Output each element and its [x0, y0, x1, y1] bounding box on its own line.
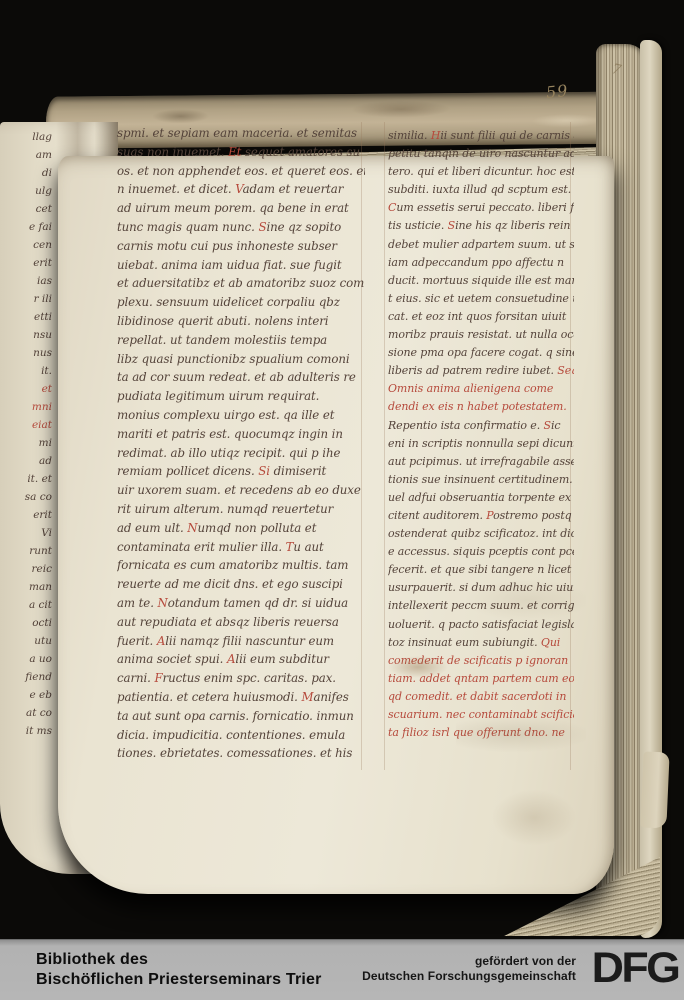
- ink-text: fuerit.: [117, 634, 157, 648]
- rubric-text: Seqt.: [557, 364, 574, 377]
- manuscript-line: usurpauerit. si dum adhuc hic uiuit: [388, 579, 574, 597]
- rubric-text: N: [158, 596, 168, 610]
- ink-text: am te.: [117, 596, 158, 610]
- rubric-text: scuarium. nec contaminabt scificia: [388, 708, 574, 721]
- ink-text: tiones. ebrietates. comessationes. et hi…: [117, 746, 352, 760]
- manuscript-line: ducit. mortuus siquide ille est mari: [388, 272, 574, 290]
- ink-text: umqd non polluta et: [198, 521, 317, 535]
- rubric-text: dendi ex eis n habet potestatem.: [388, 400, 567, 413]
- ink-text: uoluerit. q pacto satisfaciat legisla: [388, 618, 574, 631]
- manuscript-line: scuarium. nec contaminabt scificia: [388, 706, 574, 724]
- manuscript-line: ta filioz isrl que offerunt dno. ne: [388, 724, 574, 742]
- manuscript-line: carnis motu cui pus inhoneste subser: [117, 237, 365, 256]
- ink-text: liberis ad patrem redire iubet.: [388, 364, 557, 377]
- ink-text: contaminata erit mulier illa.: [117, 540, 286, 554]
- manuscript-line: ta ad cor suum redeat. et ab adulteris r…: [117, 368, 365, 387]
- edge-fragment: etti: [2, 308, 52, 326]
- manuscript-line: repellat. ut tandem molestiis tempa: [117, 331, 365, 350]
- ink-text: iam adpeccandum ppo affectu n: [388, 256, 564, 269]
- ink-text: mariti et patris est. quocumqz ingin in: [117, 427, 343, 441]
- manuscript-line: tionis sue insinuent certitudinem.: [388, 471, 574, 489]
- ink-text: u aut: [293, 540, 323, 554]
- ink-text: dimiserit: [270, 464, 326, 478]
- ink-text: ine his qz liberis rein: [455, 219, 570, 232]
- manuscript-line: liberis ad patrem redire iubet. Seqt.: [388, 362, 574, 380]
- ink-text: reuerte ad me dicit dns. et ego suscipi: [117, 577, 343, 591]
- library-name: Bibliothek des Bischöflichen Priestersem…: [36, 950, 322, 989]
- edge-fragment: eiat: [2, 416, 52, 434]
- ink-text: patientia. et cetera huiusmodi.: [117, 690, 301, 704]
- edge-fragment: it. et: [2, 470, 52, 488]
- manuscript-line: aut repudiata et absqz liberis reuersa: [117, 613, 365, 632]
- manuscript-line: mariti et patris est. quocumqz ingin in: [117, 425, 365, 444]
- protruding-page-tab: [640, 751, 669, 828]
- manuscript-line: Repentio ista confirmatio e. Sic: [388, 417, 574, 435]
- ink-text: carnis motu cui pus inhoneste subser: [117, 239, 337, 253]
- edge-fragment: di: [2, 164, 52, 182]
- ink-text: anifes: [313, 690, 348, 704]
- manuscript-line: ad eum ult. Numqd non polluta et: [117, 519, 365, 538]
- edge-fragment: am: [2, 146, 52, 164]
- library-name-line1: Bibliothek des: [36, 950, 322, 970]
- manuscript-line: Cum essetis serui peccato. liberi fuis: [388, 199, 574, 217]
- manuscript-line: n inuemet. et dicet. Vadam et reuertar: [117, 180, 365, 199]
- manuscript-line: sione pma opa facere cogat. q sine: [388, 344, 574, 362]
- rubric-text: Si: [258, 464, 270, 478]
- manuscript-line: et aduersitatibz et ab amatoribz suoz co…: [117, 274, 365, 293]
- edge-fragment: ad: [2, 452, 52, 470]
- manuscript-line: tis usticie. Sine his qz liberis rein: [388, 217, 574, 235]
- ink-text: ad uirum meum porem. qa bene in erat: [117, 201, 349, 215]
- manuscript-line: uir uxorem suam. et recedens ab eo duxe: [117, 481, 365, 500]
- edge-fragment: cen: [2, 236, 52, 254]
- folio-number: 59: [545, 81, 569, 102]
- ink-text: n inuemet. et dicet.: [117, 182, 235, 196]
- ink-text: intellexerit peccm suum. et corrigere: [388, 599, 574, 612]
- manuscript-line: tero. qui et liberi dicuntur. hoc est no…: [388, 163, 574, 181]
- ink-text: tero. qui et liberi dicuntur. hoc est no…: [388, 165, 574, 178]
- rubric-text: A: [157, 634, 165, 648]
- rubric-text: V: [235, 182, 242, 196]
- column-ruling-line: [384, 122, 385, 770]
- rubric-text: Omnis anima alienigena come: [388, 382, 553, 395]
- edge-fragment: erit: [2, 506, 52, 524]
- edge-fragment: man: [2, 578, 52, 596]
- ink-text: suas non inuemet.: [117, 145, 228, 159]
- ink-text: adam et reuertar: [243, 182, 344, 196]
- manuscript-line: fuerit. Alii namqz filii nascuntur eum: [117, 632, 365, 651]
- ink-text: carni.: [117, 671, 154, 685]
- manuscript-line: petitu tanqin de uiro nascuntur adul: [388, 145, 574, 163]
- manuscript-line: ostenderat quibz scificatoz. int dicta: [388, 525, 574, 543]
- ink-text: lii eum subditur: [235, 652, 329, 666]
- ink-text: libidinose querit abuti. nolens interi: [117, 314, 328, 328]
- ink-text: remiam pollicet dicens.: [117, 464, 258, 478]
- ink-text: aut pcipimus. ut irrefragabile asser: [388, 455, 574, 468]
- ink-text: fornicata es cum amatoribz multis. tam: [117, 558, 348, 572]
- ink-text: eni in scriptis nonnulla sepi dicunt: [388, 437, 574, 450]
- edge-fragment: nsu: [2, 326, 52, 344]
- rubric-text: Qui: [541, 636, 560, 649]
- ink-text: sequet amatores su: [241, 145, 360, 159]
- ink-text: lii namqz filii nascuntur eum: [165, 634, 334, 648]
- ink-text: usurpauerit. si dum adhuc hic uiuit: [388, 581, 574, 594]
- edge-fragment: nus: [2, 344, 52, 362]
- funding-credit-line1: gefördert von der: [362, 954, 576, 969]
- footer-banner: Bibliothek des Bischöflichen Priestersem…: [0, 939, 684, 1000]
- ink-text: otandum tamen qd dr. si uidua: [168, 596, 348, 610]
- ink-text: ad eum ult.: [117, 521, 187, 535]
- ink-text: Repentio ista confirmatio e.: [388, 419, 544, 432]
- ink-text: ii sunt filii qui de carnis ap: [440, 129, 574, 142]
- manuscript-line: e accessus. siquis pceptis cont pceptu: [388, 543, 574, 561]
- ink-text: aut repudiata et absqz liberis reuersa: [117, 615, 339, 629]
- edge-fragment: it.: [2, 362, 52, 380]
- edge-fragment: Vi: [2, 524, 52, 542]
- edge-fragment: erit: [2, 254, 52, 272]
- manuscript-line: cat. et eoz int quos forsitan uiuit: [388, 308, 574, 326]
- edge-fragment: utu: [2, 632, 52, 650]
- edge-fragment: cet: [2, 200, 52, 218]
- edge-fragment: ulg: [2, 182, 52, 200]
- edge-fragment: llag: [2, 128, 52, 146]
- manuscript-line: uoluerit. q pacto satisfaciat legisla: [388, 616, 574, 634]
- manuscript-line: monius complexu uirgo est. qa ille et: [117, 406, 365, 425]
- manuscript-line: ad uirum meum porem. qa bene in erat: [117, 199, 365, 218]
- text-column-left: spmi. et sepiam eam maceria. et semitass…: [117, 124, 365, 763]
- manuscript-line: libidinose querit abuti. nolens interi: [117, 312, 365, 331]
- edge-fragment: fiend: [2, 668, 52, 686]
- manuscript-line: aut pcipimus. ut irrefragabile asser: [388, 453, 574, 471]
- manuscript-line: intellexerit peccm suum. et corrigere: [388, 597, 574, 615]
- ink-text: anima societ spui.: [117, 652, 227, 666]
- manuscript-line: citent auditorem. Postremo postq: [388, 507, 574, 525]
- manuscript-line: tunc magis quam nunc. Sine qz sopito: [117, 218, 365, 237]
- rubric-text: H: [431, 129, 441, 142]
- ink-text: tis usticie.: [388, 219, 448, 232]
- manuscript-line: carni. Fructus enim spc. caritas. pax.: [117, 669, 365, 688]
- manuscript-line: dicia. impudicitia. contentiones. emula: [117, 726, 365, 745]
- manuscript-line: similia. Hii sunt filii qui de carnis ap: [388, 127, 574, 145]
- manuscript-page: 59 spmi. et sepiam eam maceria. et semit…: [58, 156, 614, 894]
- rubric-text: N: [187, 521, 197, 535]
- manuscript-line: reuerte ad me dicit dns. et ego suscipi: [117, 575, 365, 594]
- ink-text: toz insinuat eum subiungit.: [388, 636, 541, 649]
- manuscript-line: fornicata es cum amatoribz multis. tam: [117, 556, 365, 575]
- manuscript-line: spmi. et sepiam eam maceria. et semitas: [117, 124, 365, 143]
- funding-credit-line2: Deutschen Forschungsgemeinschaft: [362, 969, 576, 984]
- edge-fragment: e eb: [2, 686, 52, 704]
- edge-fragment: a cit: [2, 596, 52, 614]
- ink-text: os. et non apphendet eos. et queret eos.…: [117, 164, 365, 178]
- edge-fragment: runt: [2, 542, 52, 560]
- ink-text: plexu. sensuum uidelicet corpaliu qbz: [117, 295, 340, 309]
- ink-text: spmi. et sepiam eam maceria. et semitas: [117, 126, 357, 140]
- manuscript-line: patientia. et cetera huiusmodi. Manifes: [117, 688, 365, 707]
- ink-text: pudiata legitimum uirum requirat.: [117, 389, 319, 403]
- ink-text: e accessus. siquis pceptis cont pceptu: [388, 545, 574, 558]
- edge-fragment: r ili: [2, 290, 52, 308]
- ink-text: ine qz sopito: [266, 220, 341, 234]
- ink-text: cat. et eoz int quos forsitan uiuit: [388, 310, 566, 323]
- ink-text: ructus enim spc. caritas. pax.: [163, 671, 336, 685]
- edge-fragment: mi: [2, 434, 52, 452]
- edge-fragment: et: [2, 380, 52, 398]
- ink-text: redimat. ab illo utiqz recipit. qui p ih…: [117, 446, 340, 460]
- ink-text: sione pma opa facere cogat. q sine: [388, 346, 574, 359]
- manuscript-line: toz insinuat eum subiungit. Qui: [388, 634, 574, 652]
- ink-text: ostremo postq: [493, 509, 571, 522]
- edge-fragment: mni: [2, 398, 52, 416]
- manuscript-line: redimat. ab illo utiqz recipit. qui p ih…: [117, 444, 365, 463]
- ink-text: um essetis serui peccato. liberi fuis: [396, 201, 574, 214]
- ink-text: moribz prauis resistat. ut nulla occa: [388, 328, 574, 341]
- manuscript-line: anima societ spui. Alii eum subditur: [117, 650, 365, 669]
- library-name-line2: Bischöflichen Priesterseminars Trier: [36, 970, 322, 990]
- ink-text: repellat. ut tandem molestiis tempa: [117, 333, 327, 347]
- edge-fragment: e fai: [2, 218, 52, 236]
- manuscript-line: os. et non apphendet eos. et queret eos.…: [117, 162, 365, 181]
- text-column-right: similia. Hii sunt filii qui de carnis ap…: [388, 127, 574, 742]
- ink-text: ducit. mortuus siquide ille est mari: [388, 274, 574, 287]
- ink-text: fecerit. et que sibi tangere n licet: [388, 563, 571, 576]
- ink-text: libz quasi punctionibz spualium comoni: [117, 352, 350, 366]
- manuscript-line: uiebat. anima iam uidua fiat. sue fugit: [117, 256, 365, 275]
- ink-text: ic: [551, 419, 560, 432]
- rubric-text: F: [154, 671, 162, 685]
- rubric-text: M: [301, 690, 313, 704]
- manuscript-line: remiam pollicet dicens. Si dimiserit: [117, 462, 365, 481]
- edge-fragment: ias: [2, 272, 52, 290]
- edge-fragment: it ms: [2, 722, 52, 740]
- manuscript-line: subditi. iuxta illud qd scptum est.: [388, 181, 574, 199]
- ink-text: similia.: [388, 129, 431, 142]
- parchment-stain: [388, 656, 448, 678]
- ink-text: tionis sue insinuent certitudinem.: [388, 473, 573, 486]
- manuscript-line: am te. Notandum tamen qd dr. si uidua: [117, 594, 365, 613]
- funding-credit: gefördert von der Deutschen Forschungsge…: [362, 954, 576, 983]
- manuscript-line: tiones. ebrietates. comessationes. et hi…: [117, 744, 365, 763]
- rubric-text: S: [544, 419, 551, 432]
- ink-text: dicia. impudicitia. contentiones. emula: [117, 728, 345, 742]
- ink-text: ostenderat quibz scificatoz. int dicta: [388, 527, 574, 540]
- manuscript-line: rit uirum alterum. numqd reuertetur: [117, 500, 365, 519]
- edge-fragment: octi: [2, 614, 52, 632]
- manuscript-line: contaminata erit mulier illa. Tu aut: [117, 538, 365, 557]
- edge-fragment: a uo: [2, 650, 52, 668]
- ink-text: et aduersitatibz et ab amatoribz suoz co…: [117, 276, 364, 290]
- ink-text: ta aut sunt opa carnis. fornicatio. inmu…: [117, 709, 354, 723]
- rubric-text: qd comedit. et dabit sacerdoti in: [388, 690, 566, 703]
- edge-fragment: at co: [2, 704, 52, 722]
- ink-text: petitu tanqin de uiro nascuntur adul: [388, 147, 574, 160]
- dfg-logo: DFG: [591, 947, 678, 990]
- manuscript-line: eni in scriptis nonnulla sepi dicunt: [388, 435, 574, 453]
- manuscript-line: libz quasi punctionibz spualium comoni: [117, 350, 365, 369]
- edge-fragment: reic: [2, 560, 52, 578]
- ink-text: uel adfui obseruantia torpente ex: [388, 491, 571, 504]
- ink-text: debet mulier adpartem suum. ut si: [388, 238, 574, 251]
- ink-text: uir uxorem suam. et recedens ab eo duxe: [117, 483, 361, 497]
- rubric-text: S: [448, 219, 455, 232]
- ink-text: uiebat. anima iam uidua fiat. sue fugit: [117, 258, 342, 272]
- scan-background: llagamdiulgcete faiceneritiasr iliettins…: [0, 0, 684, 940]
- manuscript-line: uel adfui obseruantia torpente ex: [388, 489, 574, 507]
- ink-text: citent auditorem.: [388, 509, 486, 522]
- rubric-text: Et: [228, 145, 241, 159]
- manuscript-line: plexu. sensuum uidelicet corpaliu qbz: [117, 293, 365, 312]
- ink-text: t eius. sic et uetem consuetudine uin: [388, 292, 574, 305]
- manuscript-line: debet mulier adpartem suum. ut si: [388, 236, 574, 254]
- manuscript-line: t eius. sic et uetem consuetudine uin: [388, 290, 574, 308]
- rubric-text: ta filioz isrl que offerunt dno. ne: [388, 726, 565, 739]
- manuscript-line: dendi ex eis n habet potestatem.: [388, 398, 574, 416]
- manuscript-line: moribz prauis resistat. ut nulla occa: [388, 326, 574, 344]
- ink-text: monius complexu uirgo est. qa ille et: [117, 408, 334, 422]
- ink-text: rit uirum alterum. numqd reuertetur: [117, 502, 333, 516]
- ink-text: ta ad cor suum redeat. et ab adulteris r…: [117, 370, 356, 384]
- ink-text: tunc magis quam nunc.: [117, 220, 258, 234]
- manuscript-line: qd comedit. et dabit sacerdoti in: [388, 688, 574, 706]
- manuscript-line: ta aut sunt opa carnis. fornicatio. inmu…: [117, 707, 365, 726]
- manuscript-line: suas non inuemet. Et sequet amatores su: [117, 143, 365, 162]
- edge-fragment: sa co: [2, 488, 52, 506]
- manuscript-line: fecerit. et que sibi tangere n licet: [388, 561, 574, 579]
- manuscript-line: Omnis anima alienigena come: [388, 380, 574, 398]
- ink-text: subditi. iuxta illud qd scptum est.: [388, 183, 571, 196]
- manuscript-line: iam adpeccandum ppo affectu n: [388, 254, 574, 272]
- manuscript-line: pudiata legitimum uirum requirat.: [117, 387, 365, 406]
- edge-text-fragments: llagamdiulgcete faiceneritiasr iliettins…: [2, 128, 52, 740]
